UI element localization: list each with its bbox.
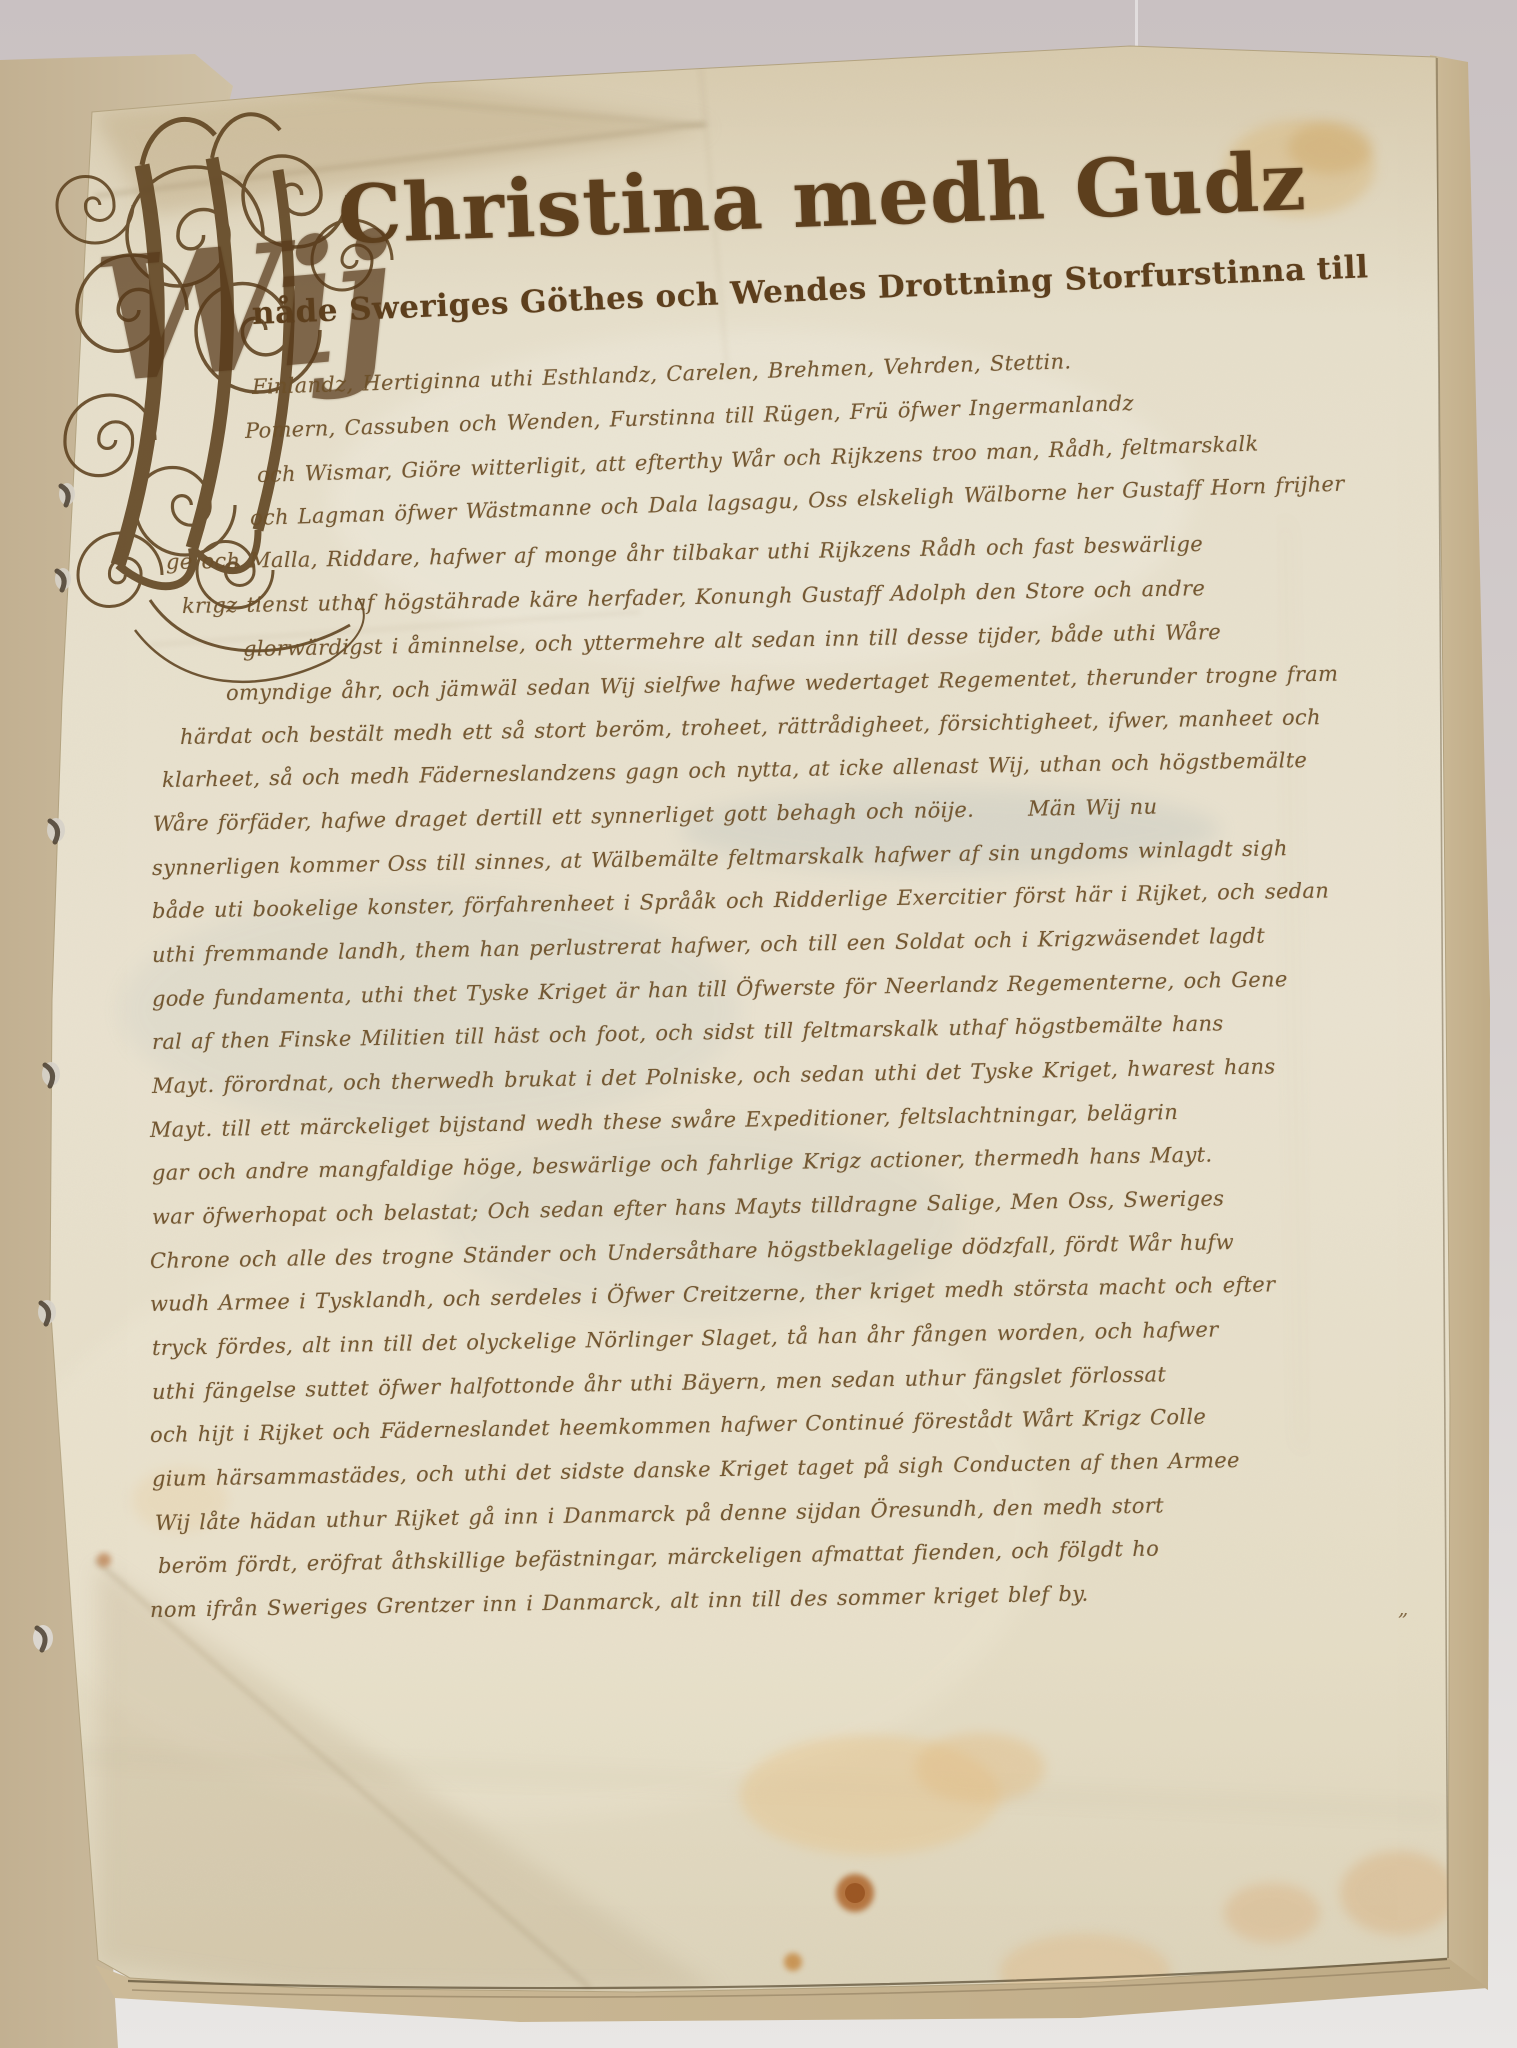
manuscript-text: Wij Christina medh Gudz nåde Sweriges Gö…	[0, 0, 1517, 2048]
body-line: Mayt. till ett märckeliget bijstand wedh…	[150, 1100, 1178, 1142]
body-line: tryck fördes, alt inn till det olyckelig…	[152, 1317, 1219, 1360]
body-line: klarheet, så och medh Fäderneslandzens g…	[162, 748, 1308, 792]
body-line: krigz tienst uthaf högstährade käre herf…	[182, 576, 1205, 618]
body-line: wudh Armee i Tysklandh, och serdeles i Ö…	[150, 1272, 1276, 1316]
body-line: synnerligen kommer Oss till sinnes, at W…	[152, 836, 1288, 880]
body-line: uthi fremmande landh, them han perlustre…	[152, 924, 1265, 967]
body-line: gar och andre mangfaldige höge, beswärli…	[152, 1142, 1213, 1185]
header-line-1: Christina medh Gudz	[336, 134, 1308, 262]
body-line: Pomern, Cassuben och Wenden, Furstinna t…	[245, 391, 1135, 443]
manuscript-scan: Wij Christina medh Gudz nåde Sweriges Gö…	[0, 0, 1517, 2048]
body-line: både uti bookelige konster, förfahrenhee…	[152, 878, 1329, 923]
body-line: gode fundamenta, uthi thet Tyske Kriget …	[152, 967, 1288, 1011]
header-line-2: nåde Sweriges Göthes och Wendes Drottnin…	[251, 249, 1369, 332]
body-line: härdat och bestält medh ett så stort ber…	[180, 705, 1321, 749]
body-line: och hijt i Rijket och Fäderneslandet hee…	[150, 1405, 1206, 1447]
body-line: glorwärdigst i åminnelse, och yttermehre…	[243, 620, 1221, 661]
body-line: omyndige åhr, och jämwäl sedan Wij sielf…	[226, 662, 1339, 705]
margin-end-mark: „	[1398, 1596, 1408, 1620]
body-line: war öfwerhopat och belastat; Och sedan e…	[152, 1186, 1225, 1229]
body-line: uthi fängelse suttet öfwer halfottonde å…	[152, 1362, 1167, 1404]
body-line: Mayt. förordnat, och therwedh brukat i d…	[152, 1054, 1276, 1098]
body-line: gium härsammastädes, och uthi det sidste…	[152, 1448, 1240, 1491]
body-line: nom ifrån Sweriges Grentzer inn i Danmar…	[150, 1582, 1089, 1622]
body-line: Wij låte hädan uthur Rijket gå inn i Dan…	[155, 1493, 1164, 1535]
body-line: ral af then Finske Militien till häst oc…	[152, 1011, 1224, 1054]
body-line: Wåre förfäder, hafwe draget dertill ett …	[153, 794, 1158, 836]
body-line: Chrone och alle des trogne Ständer och U…	[150, 1230, 1234, 1273]
body-line: ge och Malla, Riddare, hafwer af monge å…	[166, 532, 1203, 574]
body-line: beröm fördt, eröfrat åthskillige befästn…	[158, 1537, 1159, 1578]
